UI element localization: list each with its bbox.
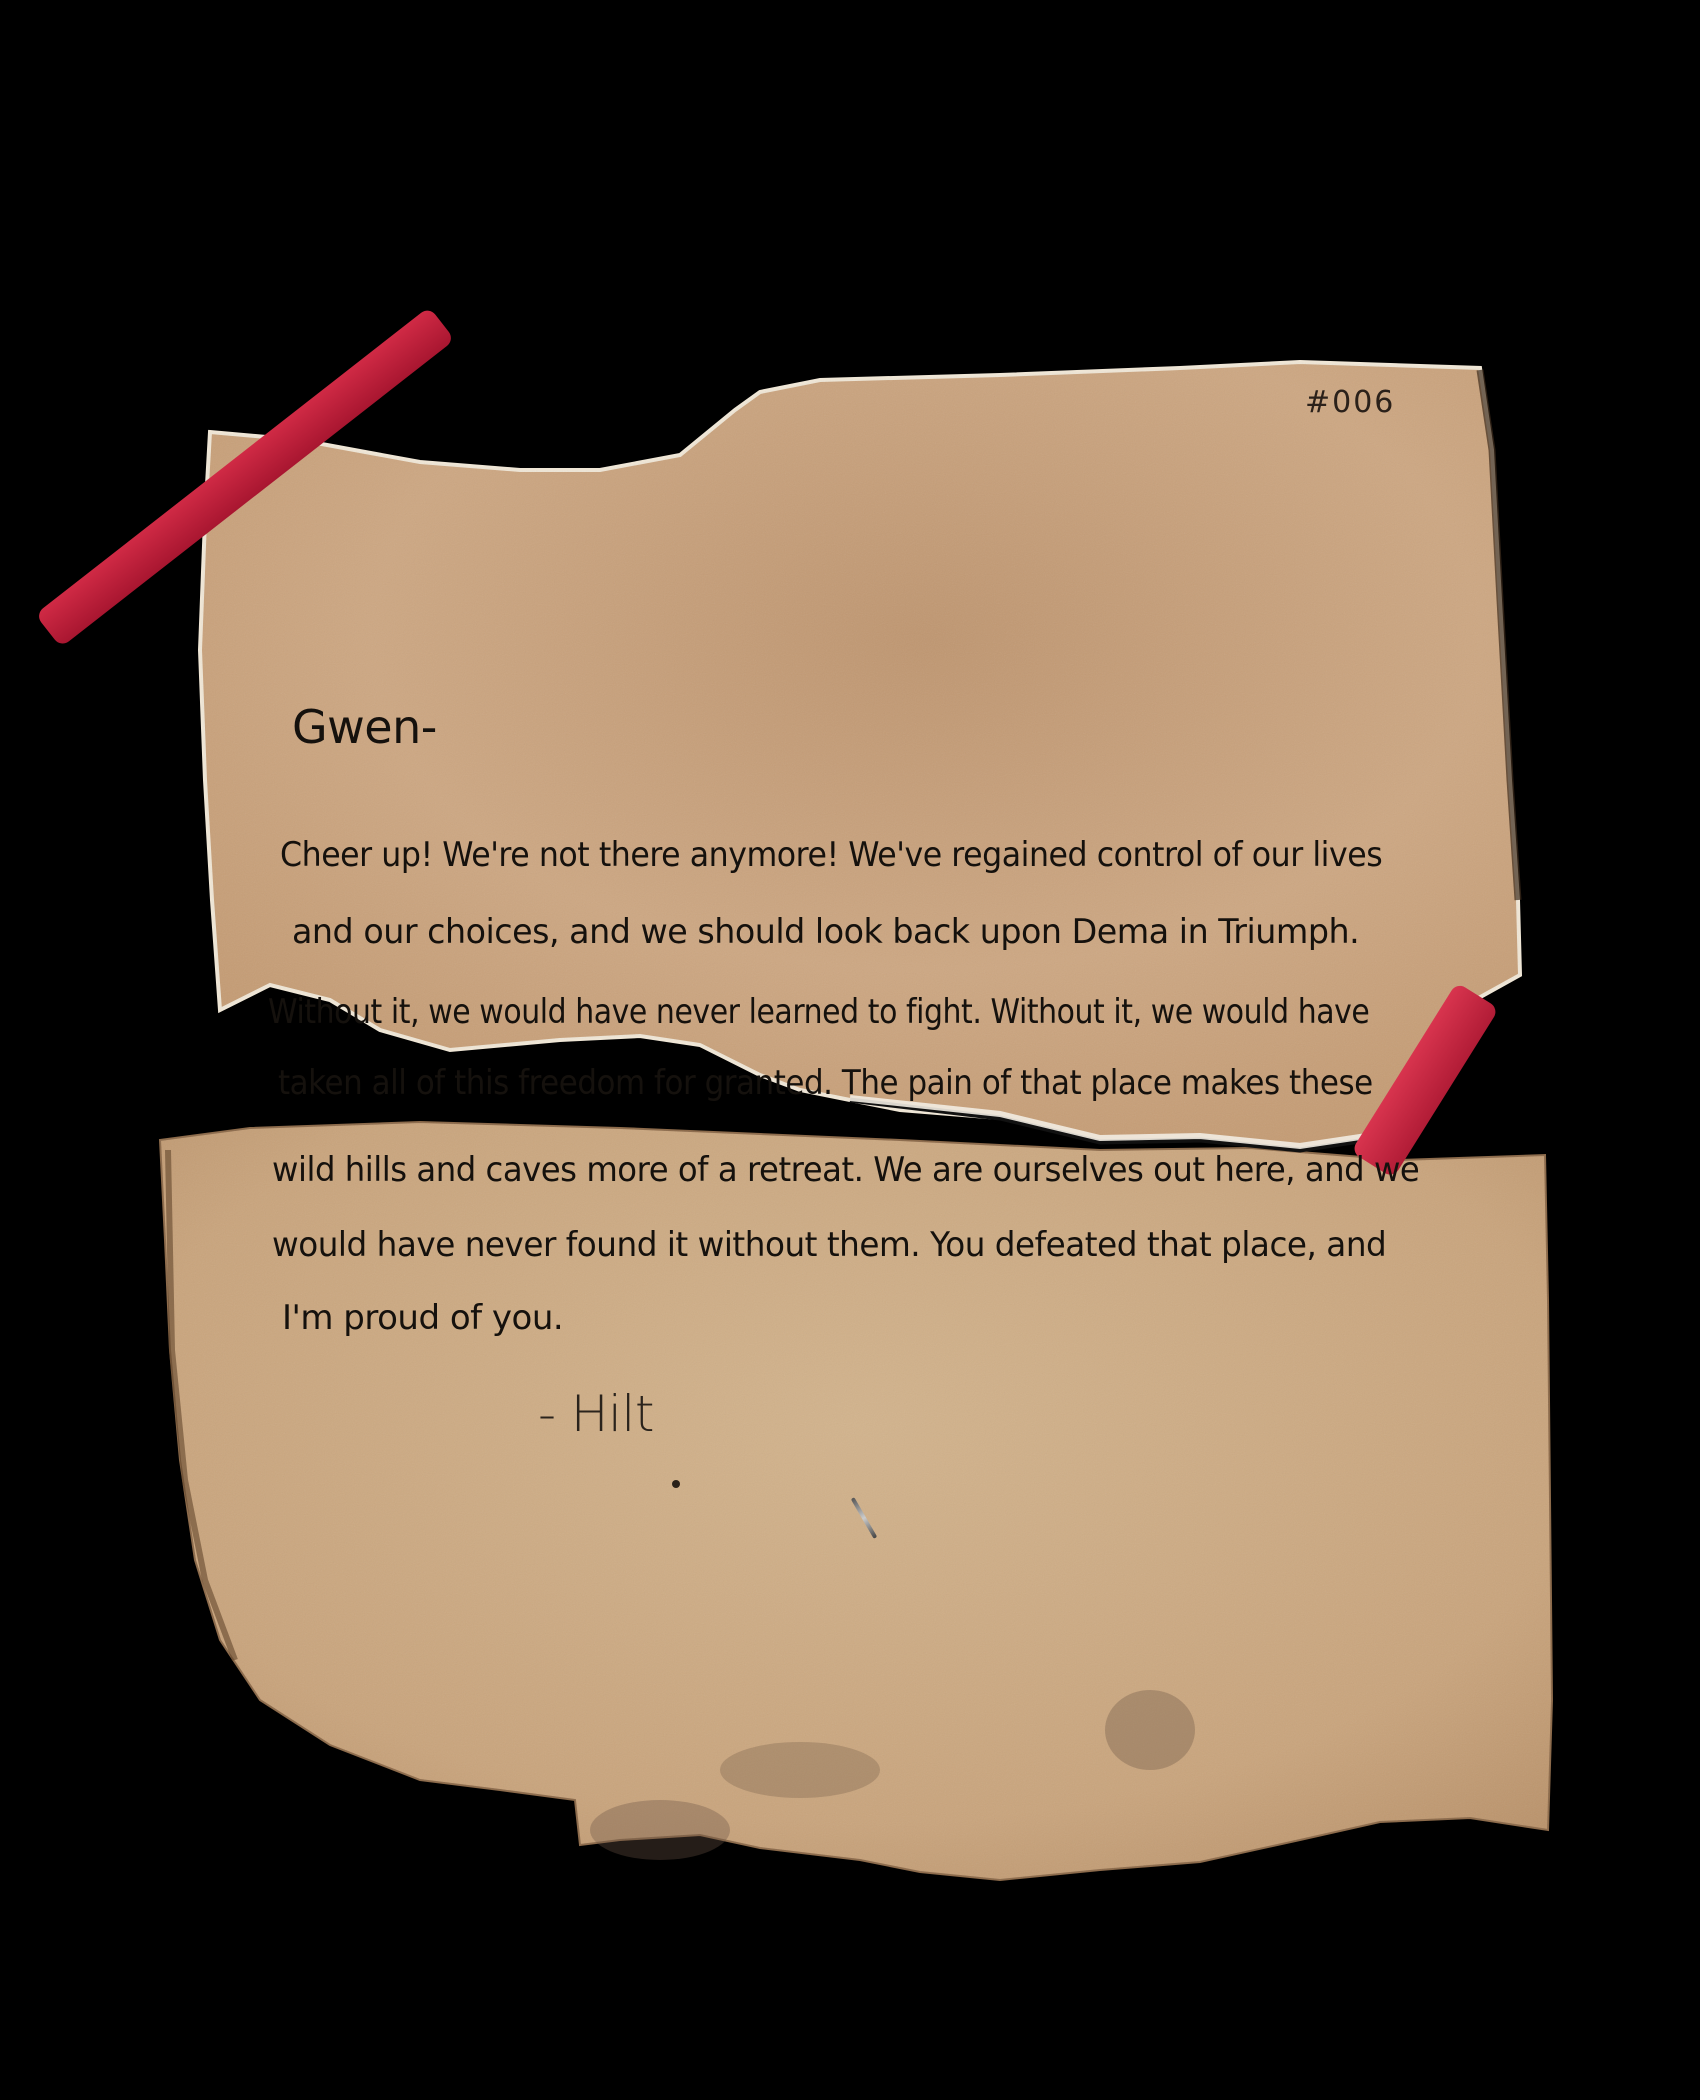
letter-body-line-6: would have never found it without them. … xyxy=(272,1225,1386,1265)
letter-body-line-3: Without it, we would have never learned … xyxy=(268,992,1369,1032)
letter-greeting: Gwen- xyxy=(292,700,437,754)
letter-body-line-1: Cheer up! We're not there anymore! We've… xyxy=(280,835,1382,875)
letter-number: #006 xyxy=(1305,385,1395,420)
letter-scene: #006 Gwen- Cheer up! We're not there any… xyxy=(0,0,1700,2100)
letter-body-line-5: wild hills and caves more of a retreat. … xyxy=(272,1150,1419,1190)
letter-signature: - Hilt xyxy=(538,1385,654,1443)
letter-body-line-2: and our choices, and we should look back… xyxy=(292,912,1359,952)
letter-body-line-7: I'm proud of you. xyxy=(282,1298,563,1338)
letter-body-line-4: taken all of this freedom for granted. T… xyxy=(278,1063,1373,1103)
ink-dot xyxy=(672,1480,680,1488)
